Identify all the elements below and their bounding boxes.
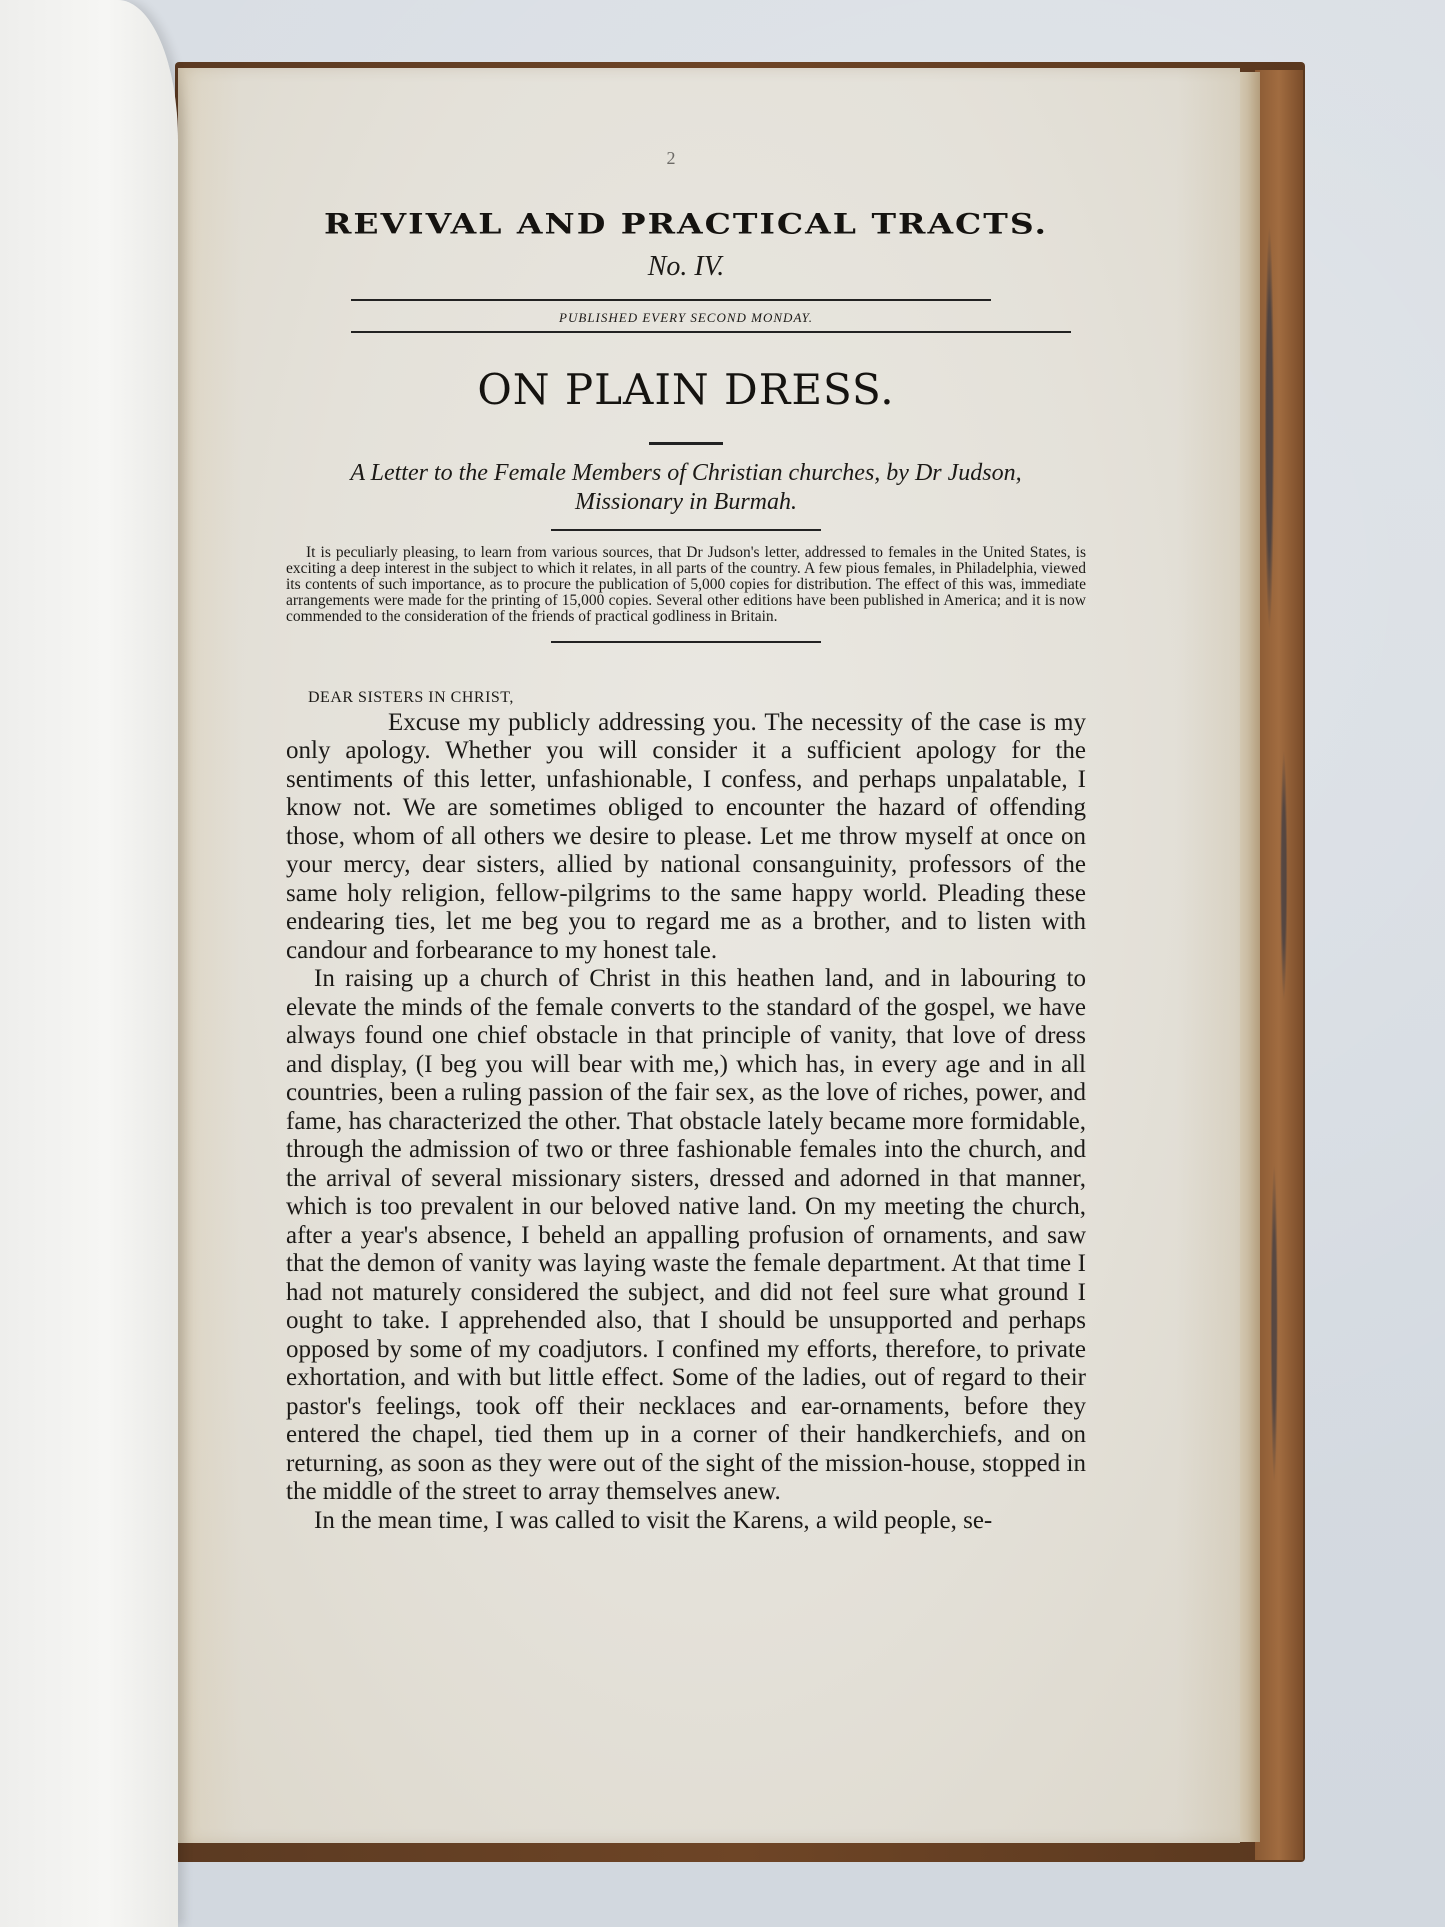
short-divider <box>649 442 723 445</box>
divider-rule <box>551 529 821 531</box>
letter-body: Excuse my publicly addressing you. The n… <box>286 709 1086 1536</box>
issue-number: No. IV. <box>286 251 1086 283</box>
article-subtitle: A Letter to the Female Members of Christ… <box>286 459 1086 517</box>
body-paragraph: In raising up a church of Christ in this… <box>286 965 1086 1507</box>
series-title: REVIVAL AND PRACTICAL TRACTS. <box>286 207 1086 240</box>
body-paragraph: In the mean time, I was called to visit … <box>286 1507 1086 1536</box>
left-facing-page <box>0 0 178 1927</box>
divider-rule <box>351 299 991 301</box>
page-content: 2 REVIVAL AND PRACTICAL TRACTS. No. IV. … <box>286 148 1086 1535</box>
divider-rule <box>551 641 821 643</box>
body-paragraph: Excuse my publicly addressing you. The n… <box>286 709 1086 966</box>
subtitle-line: A Letter to the Female Members of Christ… <box>286 459 1086 488</box>
marbled-cover-edge <box>1255 70 1303 1860</box>
subtitle-line: Missionary in Burmah. <box>286 488 1086 517</box>
divider-rule <box>351 331 1071 333</box>
publication-frequency: PUBLISHED EVERY SECOND MONDAY. <box>286 310 1086 326</box>
book-page: 2 REVIVAL AND PRACTICAL TRACTS. No. IV. … <box>178 68 1240 1843</box>
salutation: DEAR SISTERS IN CHRIST, <box>308 689 1086 707</box>
article-title: ON PLAIN DRESS. <box>286 365 1086 414</box>
preface-note: It is peculiarly pleasing, to learn from… <box>286 545 1086 625</box>
page-mark: 2 <box>256 148 1086 178</box>
